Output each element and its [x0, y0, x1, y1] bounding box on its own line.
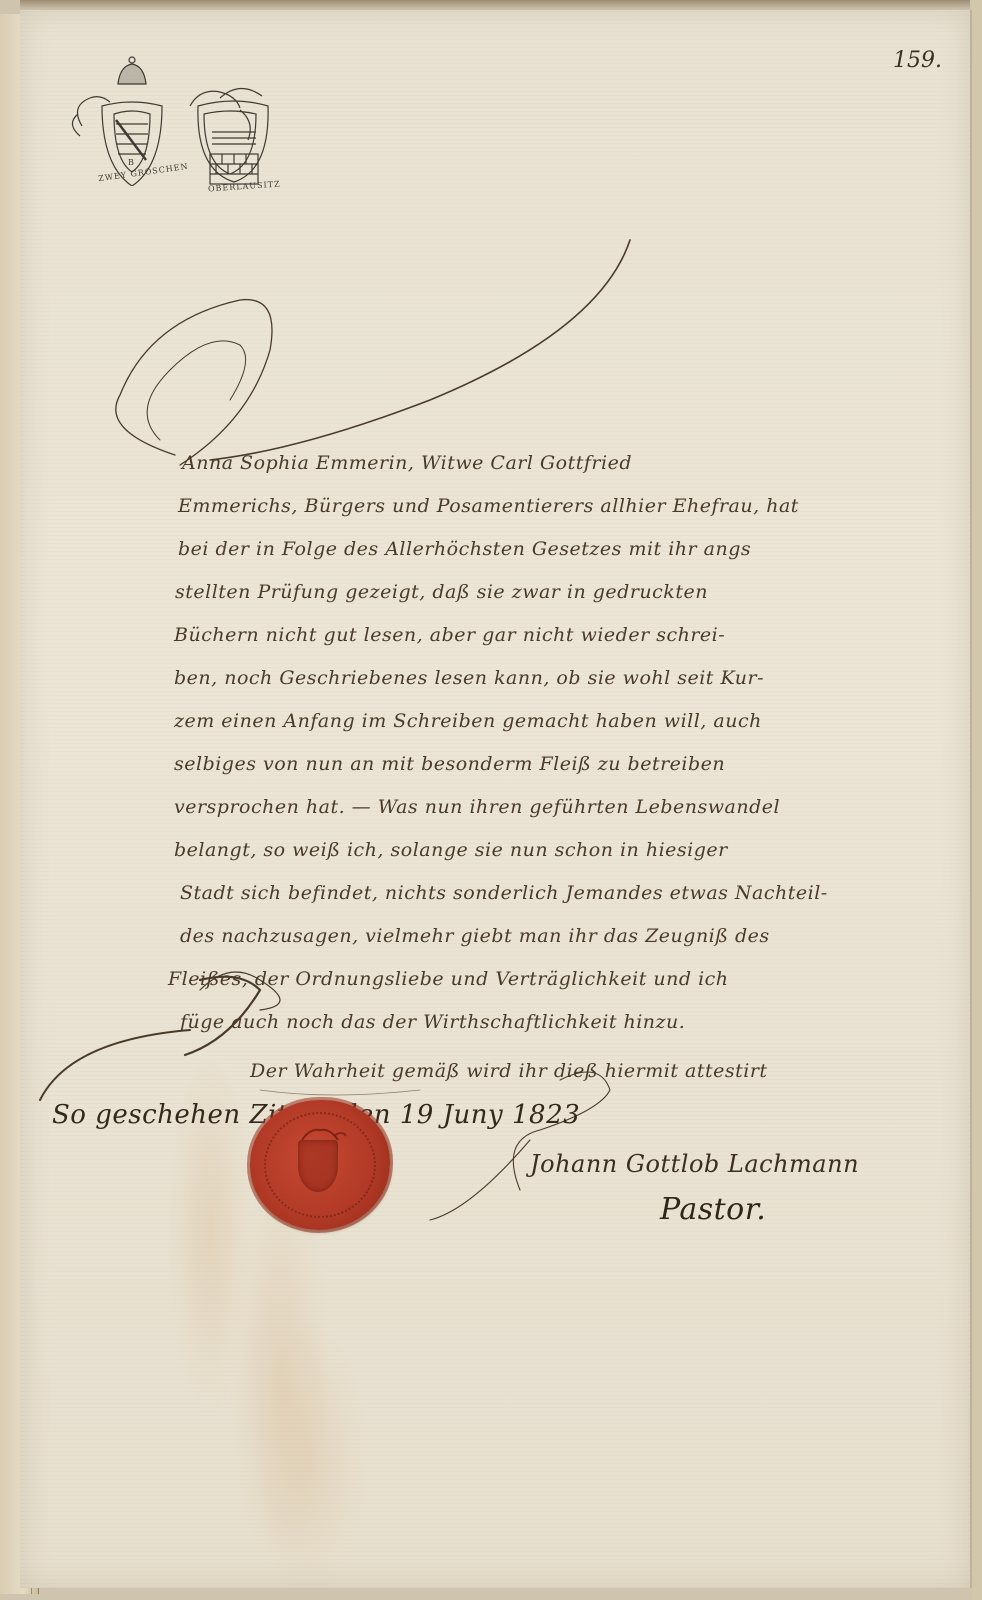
closing-attestation: Der Wahrheit gemäß wird ihr dieß hiermit… [250, 1060, 768, 1082]
body-line-3: bei der in Folge des Allerhöchsten Geset… [178, 538, 751, 560]
folio-number: 159. [893, 48, 942, 73]
body-line-10: belangt, so weiß ich, solange sie nun sc… [174, 839, 728, 861]
body-line-5: Büchern nicht gut lesen, aber gar nicht … [174, 624, 725, 646]
book-right-edge [972, 0, 982, 1600]
page-right-fold-line [970, 10, 972, 1588]
body-line-7: zem einen Anfang im Schreiben gemacht ha… [174, 710, 762, 732]
coat-of-arms-icon [40, 36, 280, 186]
revenue-stamp: ZWEY GROSCHEN B OBERLAUSITZ [40, 36, 280, 186]
signature-name: Johann Gottlob Lachmann [530, 1150, 859, 1178]
body-line-8: selbiges von nun an mit besonderm Fleiß … [174, 753, 725, 775]
body-line-13: Fleißes, der Ordnungsliebe und Verträgli… [168, 968, 729, 990]
signature-title: Pastor. [660, 1192, 766, 1227]
body-line-2: Emmerichs, Bürgers und Posamentierers al… [178, 495, 799, 517]
body-line-12: des nachzusagen, vielmehr giebt man ihr … [180, 925, 770, 947]
body-line-14: füge auch noch das der Wirthschaftlichke… [180, 1011, 685, 1033]
wax-seal [250, 1100, 390, 1230]
body-line-1: Anna Sophia Emmerin, Witwe Carl Gottfrie… [182, 452, 632, 474]
body-line-4: stellten Prüfung gezeigt, daß sie zwar i… [175, 581, 708, 603]
body-line-9: versprochen hat. — Was nun ihren geführt… [174, 796, 780, 818]
seal-crown-icon [250, 1100, 390, 1230]
body-line-11: Stadt sich befindet, nichts sonderlich J… [180, 882, 828, 904]
body-line-6: ben, noch Geschriebenes lesen kann, ob s… [174, 667, 764, 689]
stamp-letter: B [128, 158, 135, 167]
